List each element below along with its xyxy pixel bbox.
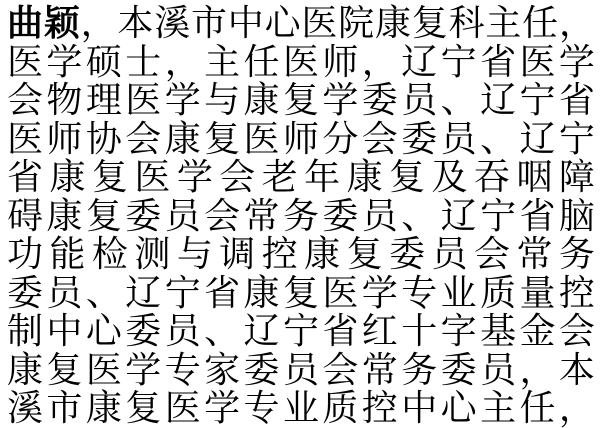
text-char: 心 [86,312,122,351]
text-char: 咽 [516,158,552,197]
text-char: 康 [165,120,201,159]
text-char: 务 [559,235,595,274]
text-char: ， [559,4,595,43]
text-char: 专 [401,274,437,313]
text-char: 学 [125,351,161,390]
text-char: 、 [86,274,122,313]
text-char: 复 [283,274,319,313]
text-char: 士 [125,43,161,82]
text-char: 、 [204,312,240,351]
text-char: 、 [480,120,516,159]
text-char: 复 [92,158,128,197]
text-char: 康 [347,158,383,197]
text-char: 功 [7,235,43,274]
text-char: 员 [165,197,201,236]
text-char: 学 [362,274,398,313]
text-char: 医 [134,158,170,197]
text-line: 溪市康复医学专业质控中心主任， [7,389,595,428]
text-char: 学 [177,158,213,197]
text-char: 市 [46,389,82,428]
person-name-char: 颖 [44,4,80,43]
text-char: 辽 [244,312,280,351]
text-char: 委 [322,197,358,236]
text-char: ， [362,43,398,82]
text-char: 员 [362,197,398,236]
text-char: 能 [49,235,85,274]
text-char: 及 [432,158,468,197]
text-char: 中 [228,4,264,43]
text-char: 复 [389,158,425,197]
text-char: 硕 [86,43,122,82]
text-char: 委 [125,197,161,236]
text-char: 制 [7,312,43,351]
text-char: 辽 [401,43,437,82]
text-char: 十 [401,312,437,351]
text-char: 省 [519,197,555,236]
text-char: 与 [204,81,240,120]
text-char: 会 [125,120,161,159]
text-char: 宁 [283,312,319,351]
text-char: 学 [559,43,595,82]
text-char: 复 [46,351,82,390]
text-char: 检 [92,235,128,274]
text-char: 师 [283,120,319,159]
text-char: 院 [338,4,374,43]
text-char: 主 [204,43,240,82]
text-char: 康 [7,351,43,390]
text-char: 、 [401,197,437,236]
text-line: 会物理医学与康复学委员、辽宁省 [7,81,595,120]
text-char: 分 [322,120,358,159]
text-char: 学 [322,81,358,120]
text-char: 专 [244,389,280,428]
text-char: 员 [432,235,468,274]
text-char: 医 [519,43,555,82]
text-char: 委 [441,351,477,390]
text-char: 员 [165,312,201,351]
text-char: ， [81,4,117,43]
text-char: 省 [480,43,516,82]
text-char: 科 [449,4,485,43]
text-char: 学 [204,389,240,428]
text-char: 基 [480,312,516,351]
text-line: 医师协会康复医师分会委员、辽宁 [7,120,595,159]
text-char: 质 [480,274,516,313]
text-char: 宁 [480,197,516,236]
text-line: 医学硕士，主任医师，辽宁省医学 [7,43,595,82]
text-char: 学 [46,43,82,82]
text-line: 康复医学专家委员会常务委员，本 [7,351,595,390]
text-char: 员 [480,351,516,390]
text-char: 与 [177,235,213,274]
text-char: 医 [125,81,161,120]
text-char: 会 [7,81,43,120]
text-char: 宁 [441,43,477,82]
text-char: 常 [244,197,280,236]
text-char: 会 [474,235,510,274]
text-char: 医 [322,274,358,313]
text-char: 年 [304,158,340,197]
text-char: 主 [485,4,521,43]
text-char: 协 [86,120,122,159]
text-char: 老 [262,158,298,197]
text-char: 康 [244,81,280,120]
text-char: 宁 [165,274,201,313]
text-char: 业 [441,274,477,313]
text-char: 任 [244,43,280,82]
text-line: 功能检测与调控康复委员会常务 [7,235,595,274]
text-char: ， [165,43,201,82]
text-char: 溪 [7,389,43,428]
text-char: 心 [441,389,477,428]
text-char: 委 [7,274,43,313]
text-char: 吞 [474,158,510,197]
text-char: 会 [322,351,358,390]
text-char: 控 [262,235,298,274]
text-char: 省 [559,81,595,120]
text-char: 任 [522,4,558,43]
text-char: 会 [362,120,398,159]
text-char: 医 [7,43,43,82]
text-char: 辽 [480,81,516,120]
text-char: 省 [7,158,43,197]
text-char: ， [519,351,555,390]
person-name-char: 曲 [7,4,43,43]
text-char: 委 [362,81,398,120]
text-char: 宁 [519,81,555,120]
text-char: 红 [362,312,398,351]
page: 曲颖，本溪市中心医院康复科主任，医学硕士，主任医师，辽宁省医学会物理医学与康复学… [0,0,600,428]
text-char: 师 [322,43,358,82]
text-char: 委 [125,312,161,351]
text-char: 任 [519,389,555,428]
text-char: 复 [125,389,161,428]
text-char: 康 [304,235,340,274]
text-char: 康 [46,197,82,236]
text-char: 控 [362,389,398,428]
text-char: 学 [165,81,201,120]
text-char: 辽 [441,197,477,236]
text-char: 会 [559,312,595,351]
text-char: 、 [441,81,477,120]
text-char: 常 [362,351,398,390]
text-char: 控 [559,274,595,313]
text-char: 复 [283,81,319,120]
text-char: 委 [244,351,280,390]
text-char: 员 [46,274,82,313]
text-char: 会 [204,197,240,236]
text-char: 康 [86,389,122,428]
text-line: 制中心委员、辽宁省红十字基金会 [7,312,595,351]
text-char: 员 [401,81,437,120]
text-char: 医 [301,4,337,43]
text-char: 员 [283,351,319,390]
text-char: 医 [7,120,43,159]
text-char: 医 [165,389,201,428]
text-line: 碍康复委员会常务委员、辽宁省脑 [7,197,595,236]
text-char: 康 [49,158,85,197]
text-char: 医 [86,351,122,390]
text-char: 市 [191,4,227,43]
text-char: 脑 [559,197,595,236]
text-char: 省 [204,274,240,313]
text-char: 主 [480,389,516,428]
text-char: 常 [516,235,552,274]
biography-text: 曲颖，本溪市中心医院康复科主任，医学硕士，主任医师，辽宁省医学会物理医学与康复学… [7,4,595,428]
text-char: 康 [244,274,280,313]
text-char: 复 [347,235,383,274]
text-char: 医 [244,120,280,159]
text-char: 物 [46,81,82,120]
text-char: 宁 [559,120,595,159]
text-line: 委员、辽宁省康复医学专业质量控 [7,274,595,313]
text-char: 委 [401,120,437,159]
text-char: 康 [375,4,411,43]
text-char: 心 [265,4,301,43]
text-char: 员 [441,120,477,159]
text-char: 质 [322,389,358,428]
text-char: 本 [117,4,153,43]
text-char: 中 [46,312,82,351]
text-char: 溪 [154,4,190,43]
text-char: 医 [283,43,319,82]
text-char: 师 [46,120,82,159]
text-char: 本 [559,351,595,390]
text-char: ， [559,389,595,428]
text-char: 字 [441,312,477,351]
text-char: 碍 [7,197,43,236]
text-line: 曲颖，本溪市中心医院康复科主任， [7,4,595,43]
text-char: 务 [401,351,437,390]
text-char: 辽 [519,120,555,159]
text-char: 障 [559,158,595,197]
text-char: 中 [401,389,437,428]
text-char: 会 [219,158,255,197]
text-char: 理 [86,81,122,120]
text-char: 复 [412,4,448,43]
text-char: 测 [134,235,170,274]
text-char: 量 [519,274,555,313]
text-char: 金 [519,312,555,351]
text-char: 复 [204,120,240,159]
text-line: 省康复医学会老年康复及吞咽障 [7,158,595,197]
text-char: 复 [86,197,122,236]
text-char: 专 [165,351,201,390]
text-char: 业 [283,389,319,428]
text-char: 调 [219,235,255,274]
text-char: 务 [283,197,319,236]
text-char: 家 [204,351,240,390]
text-char: 省 [322,312,358,351]
text-char: 辽 [125,274,161,313]
text-char: 委 [389,235,425,274]
